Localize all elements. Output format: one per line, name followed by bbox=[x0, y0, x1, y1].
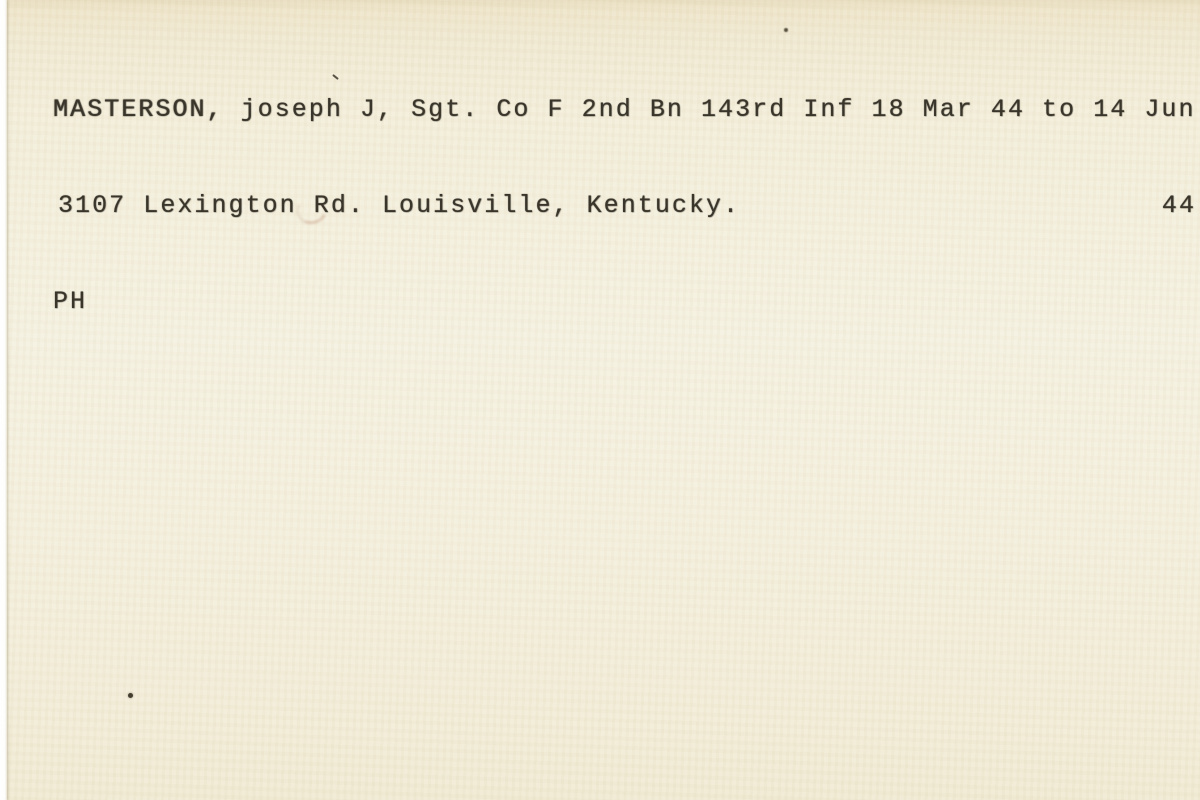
card-line-address: 3107 Lexington Rd. Louisville, Kentucky.… bbox=[53, 187, 1196, 225]
scan-edge-left bbox=[0, 0, 7, 800]
year-text: 44 bbox=[1162, 187, 1196, 225]
card-line-service-record: MASTERSON, joseph J, Sgt. Co F 2nd Bn 14… bbox=[53, 91, 1196, 129]
surname-text: MASTERSON, bbox=[53, 95, 224, 124]
ink-speck-top bbox=[784, 28, 788, 32]
ink-speck-bottom bbox=[128, 693, 133, 698]
award-abbreviation-text: PH bbox=[53, 287, 87, 316]
card-line-award: PH bbox=[53, 283, 1196, 321]
typed-text-block: MASTERSON, joseph J, Sgt. Co F 2nd Bn 14… bbox=[53, 33, 1196, 379]
service-details-text: joseph J, Sgt. Co F 2nd Bn 143rd Inf 18 … bbox=[224, 95, 1196, 124]
scanned-index-card: MASTERSON, joseph J, Sgt. Co F 2nd Bn 14… bbox=[0, 0, 1200, 800]
address-text: 3107 Lexington Rd. Louisville, Kentucky. bbox=[58, 191, 740, 220]
